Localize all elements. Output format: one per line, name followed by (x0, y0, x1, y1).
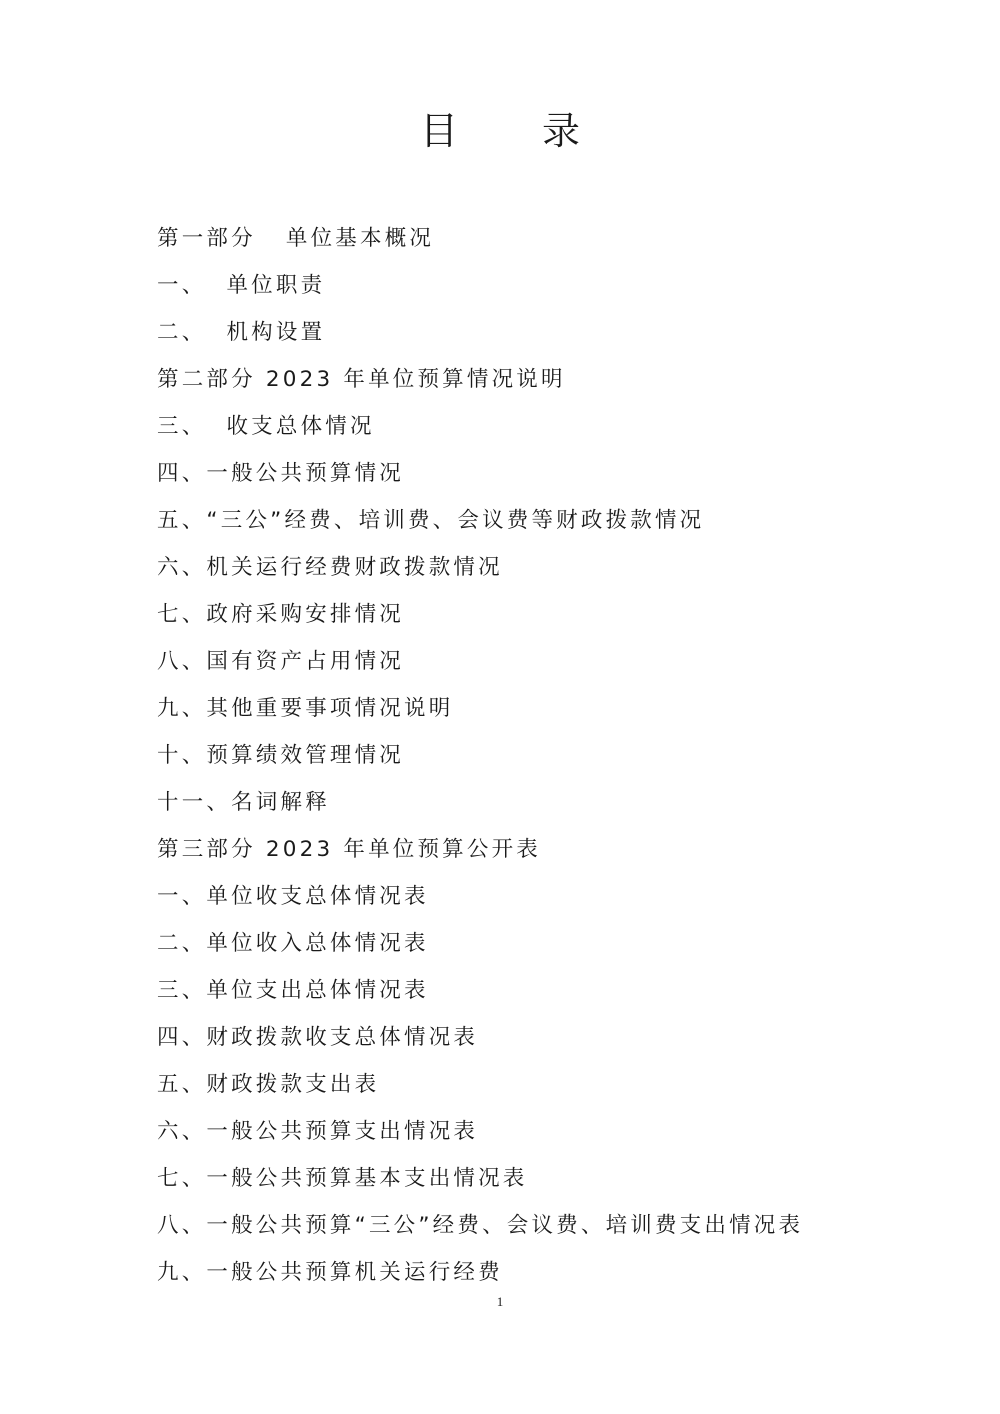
title-char-1: 目 (420, 100, 458, 155)
toc-part-2[interactable]: 第二部分 2023 年单位预算情况说明 (157, 364, 803, 411)
toc-item[interactable]: 七、政府采购安排情况 (157, 599, 803, 646)
toc-item[interactable]: 一、单位收支总体情况表 (157, 881, 803, 928)
toc-item[interactable]: 六、一般公共预算支出情况表 (157, 1116, 803, 1163)
toc-item[interactable]: 二、 机构设置 (157, 317, 803, 364)
toc-item[interactable]: 十、预算绩效管理情况 (157, 740, 803, 787)
toc-item[interactable]: 七、一般公共预算基本支出情况表 (157, 1163, 803, 1210)
toc-item[interactable]: 五、财政拨款支出表 (157, 1069, 803, 1116)
page-number: 1 (0, 1294, 1000, 1310)
toc-item[interactable]: 一、 单位职责 (157, 270, 803, 317)
title-char-2: 录 (542, 100, 580, 155)
toc-item[interactable]: 四、一般公共预算情况 (157, 458, 803, 505)
toc-part-1[interactable]: 第一部分 单位基本概况 (157, 223, 803, 270)
toc-item[interactable]: 四、财政拨款收支总体情况表 (157, 1022, 803, 1069)
toc-item[interactable]: 五、“三公”经费、培训费、会议费等财政拨款情况 (157, 505, 803, 552)
table-of-contents: 第一部分 单位基本概况 一、 单位职责 二、 机构设置 第二部分 2023 年单… (157, 223, 803, 1304)
toc-item[interactable]: 八、一般公共预算“三公”经费、会议费、培训费支出情况表 (157, 1210, 803, 1257)
toc-part-3[interactable]: 第三部分 2023 年单位预算公开表 (157, 834, 803, 881)
page-title: 目录 (0, 100, 1000, 155)
toc-item[interactable]: 十一、名词解释 (157, 787, 803, 834)
toc-item[interactable]: 九、其他重要事项情况说明 (157, 693, 803, 740)
toc-item[interactable]: 二、单位收入总体情况表 (157, 928, 803, 975)
toc-item[interactable]: 六、机关运行经费财政拨款情况 (157, 552, 803, 599)
toc-item[interactable]: 八、国有资产占用情况 (157, 646, 803, 693)
toc-item[interactable]: 三、单位支出总体情况表 (157, 975, 803, 1022)
toc-item[interactable]: 三、 收支总体情况 (157, 411, 803, 458)
